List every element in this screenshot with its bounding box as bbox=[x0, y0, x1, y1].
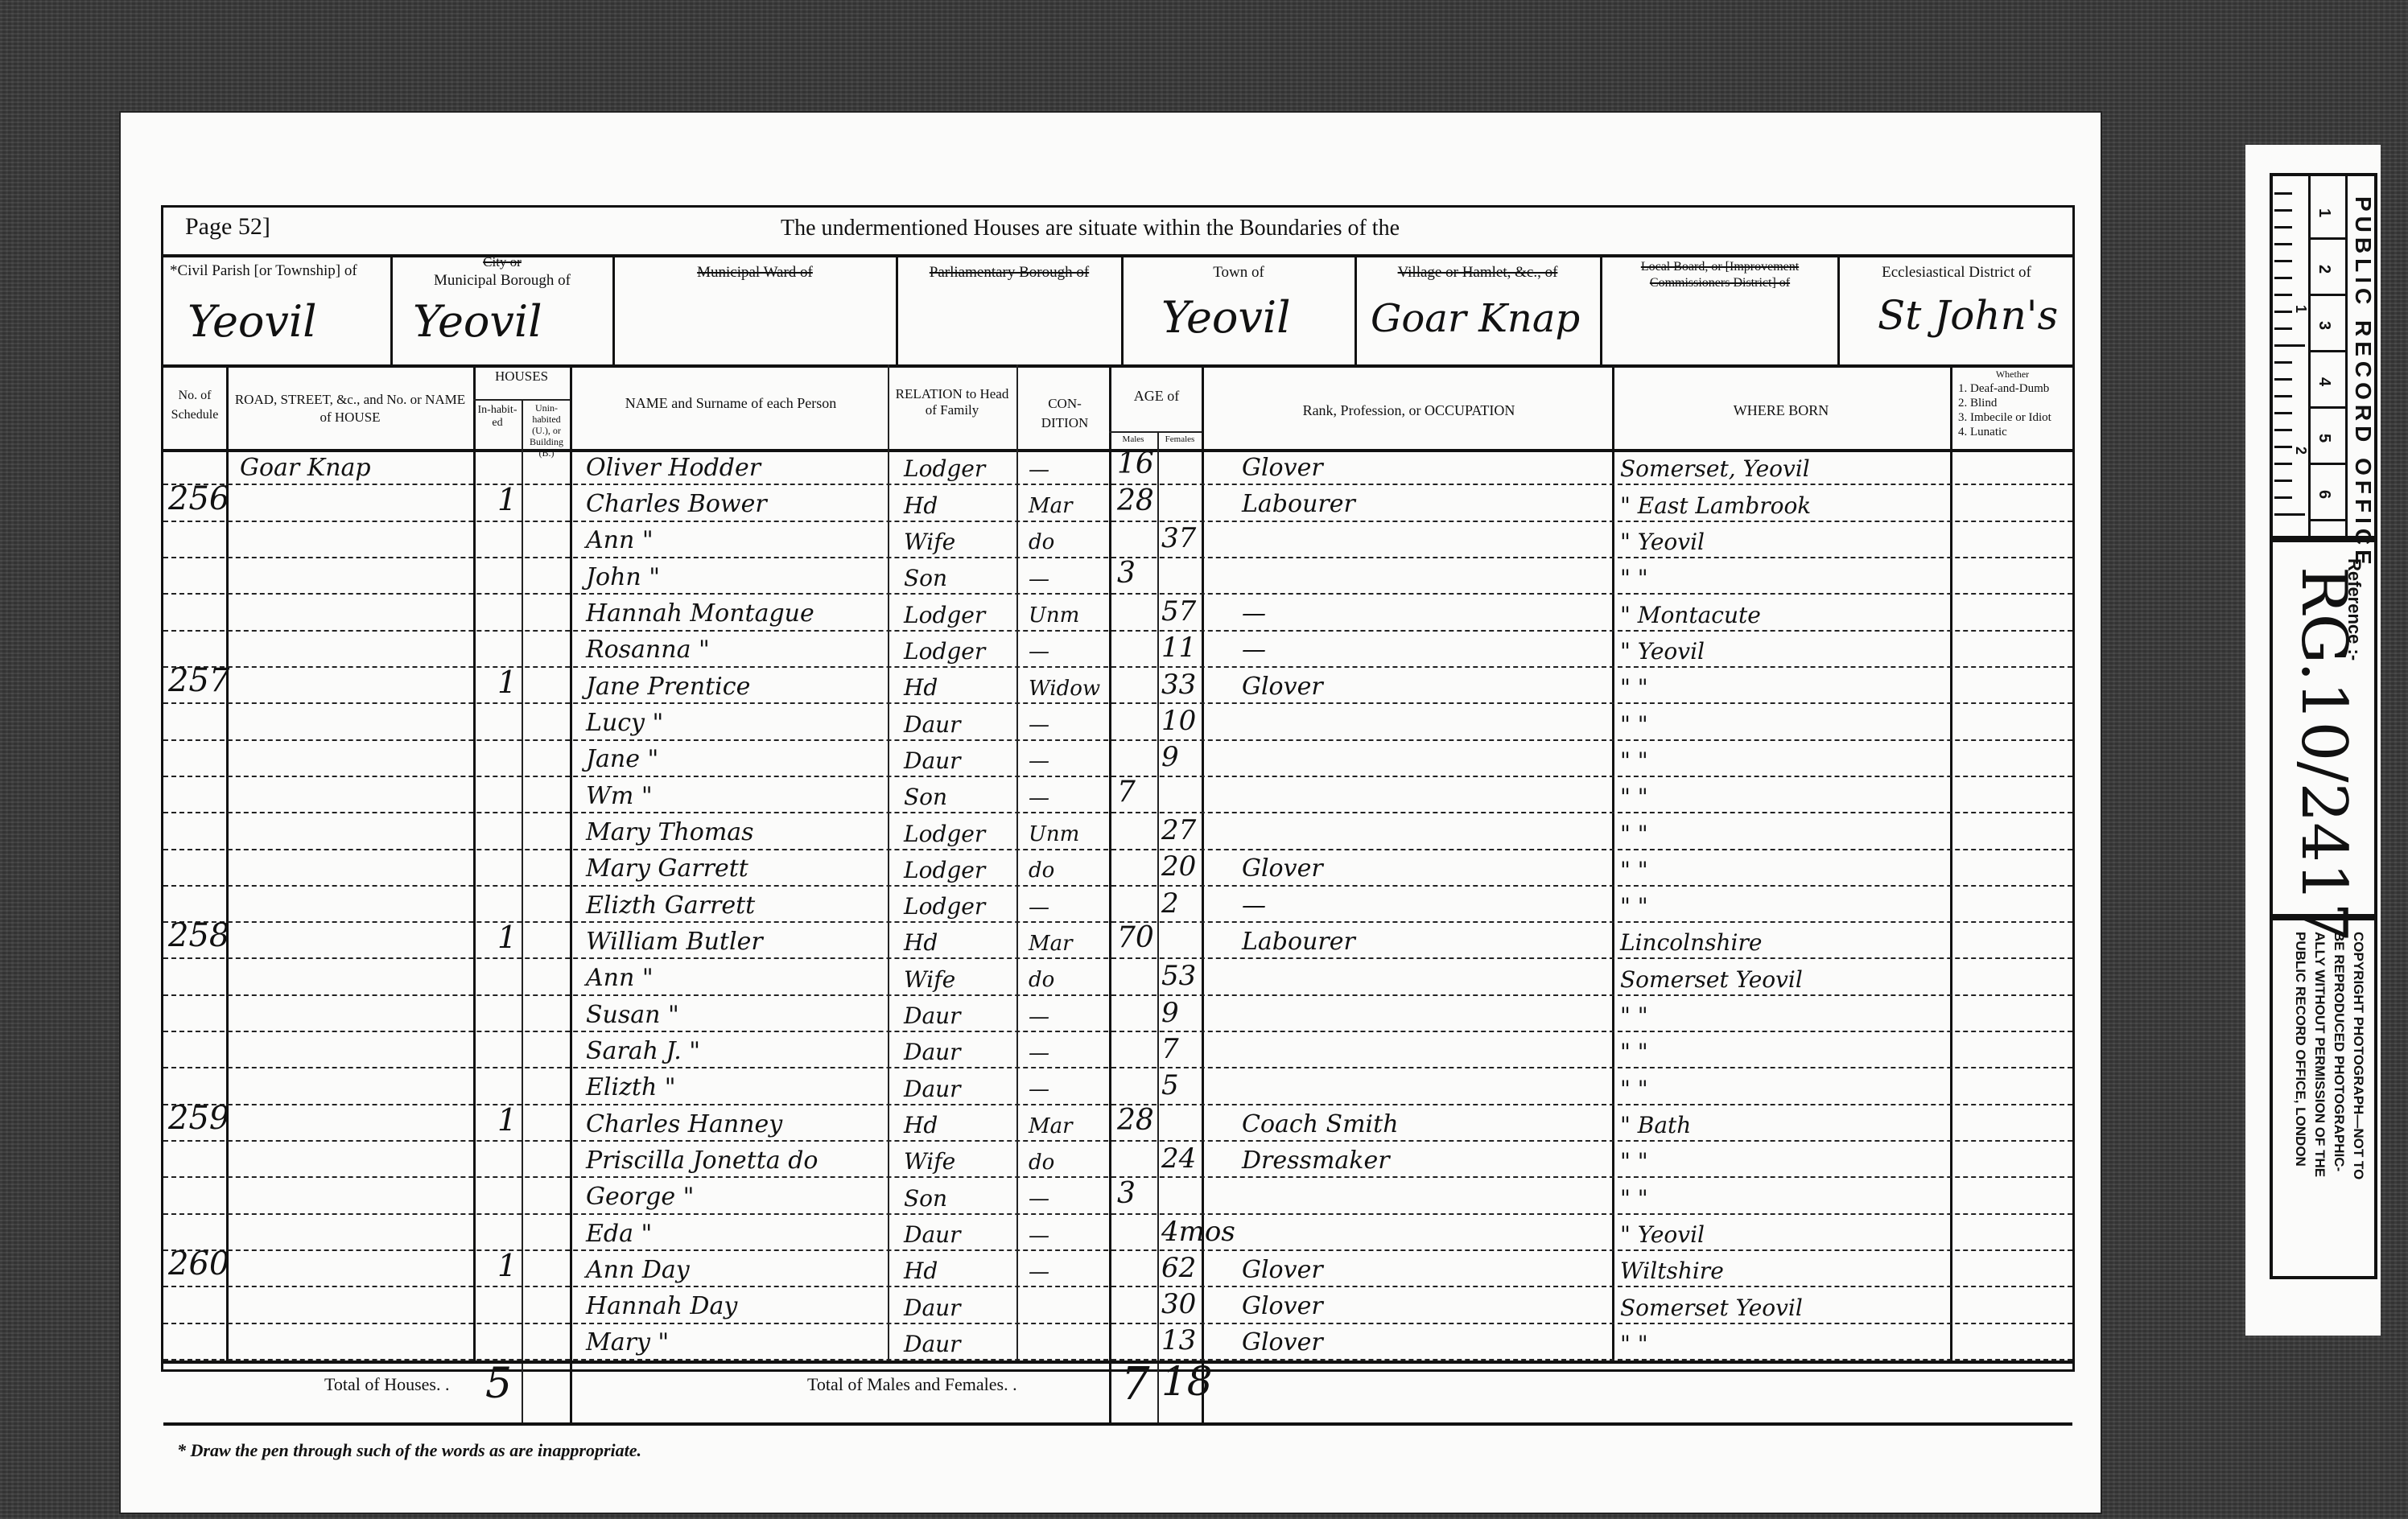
cell-name: Mary Garrett bbox=[586, 854, 748, 883]
ruler-tick bbox=[2274, 429, 2292, 431]
census-form: *Civil Parish [or Township] of Yeovil Ci… bbox=[161, 205, 2075, 1372]
district-value-town: Yeovil bbox=[1161, 292, 1290, 343]
cell-age-female: 37 bbox=[1161, 522, 1196, 554]
option-imbecile: 3. Imbecile or Idiot bbox=[1958, 410, 2051, 425]
cell-relation: Lodger bbox=[904, 893, 985, 920]
cell-name: Charles Bower bbox=[586, 490, 767, 518]
district-label-civil-parish: *Civil Parish [or Township] of bbox=[170, 262, 387, 280]
table-row: Eda "Daur—4mos" Yeovil bbox=[163, 1215, 2072, 1251]
cell-age-female: 2 bbox=[1161, 887, 1179, 920]
cell-where-born: " " bbox=[1620, 711, 1648, 738]
col-header-road: ROAD, STREET, &c., and No. or NAME of HO… bbox=[231, 391, 469, 426]
ruler-tick bbox=[2274, 277, 2292, 279]
cell-name: Charles Hanney bbox=[586, 1110, 782, 1138]
cell-name: Elizth Garrett bbox=[586, 891, 755, 920]
cell-age-female: 9 bbox=[1161, 997, 1179, 1029]
footnote: * Draw the pen through such of the words… bbox=[177, 1440, 641, 1461]
divider bbox=[1109, 431, 1202, 433]
cell-schedule: 257 bbox=[168, 662, 229, 699]
col-header-age: AGE of bbox=[1113, 388, 1200, 404]
cell-inhabited: 1 bbox=[497, 920, 517, 955]
table-row: Ann "Wifedo37" Yeovil bbox=[163, 522, 2072, 558]
table-row: Wm "Son—7" " bbox=[163, 777, 2072, 813]
cell-where-born: " " bbox=[1620, 1331, 1648, 1357]
cell-condition: — bbox=[1029, 1005, 1049, 1029]
ruler-tick bbox=[2274, 513, 2305, 516]
ruler-sep bbox=[2308, 294, 2345, 296]
ruler-inch-label: 2 bbox=[2292, 447, 2309, 455]
cell-condition: — bbox=[1029, 1224, 1049, 1248]
cell-occupation: Glover bbox=[1242, 1328, 1323, 1356]
cell-name: John " bbox=[586, 563, 660, 591]
cell-occupation: Dressmaker bbox=[1242, 1146, 1390, 1175]
divider bbox=[1600, 254, 1602, 364]
cell-name: Hannah Day bbox=[586, 1292, 737, 1320]
district-value-municipal-borough: Yeovil bbox=[413, 296, 542, 347]
cell-condition: do bbox=[1029, 1151, 1054, 1175]
total-females-value: 18 bbox=[1161, 1358, 1213, 1405]
col-header-inhabited: In-habit-ed bbox=[475, 404, 520, 430]
cell-relation: Daur bbox=[904, 1039, 961, 1065]
cell-occupation: Glover bbox=[1242, 1256, 1323, 1284]
cell-name: Ann " bbox=[586, 964, 654, 992]
table-row: Jane "Daur—9" " bbox=[163, 741, 2072, 777]
copyright-line-2: BE REPRODUCED PHOTOGRAPHIC- bbox=[2331, 932, 2347, 1171]
ruler-cm-label: 5 bbox=[2315, 434, 2333, 443]
col-header-females: Females bbox=[1158, 434, 1202, 444]
ruler-line bbox=[2345, 176, 2348, 536]
cell-age-female: 57 bbox=[1161, 595, 1196, 628]
cell-where-born: " " bbox=[1620, 565, 1648, 591]
reference-box: Reference :- RG.10/2417 bbox=[2270, 539, 2377, 917]
cell-name: Sarah J. " bbox=[586, 1037, 700, 1065]
col-header-whether: Whether bbox=[1954, 368, 2071, 381]
cell-where-born: " Yeovil bbox=[1620, 1221, 1705, 1248]
cell-relation: Daur bbox=[904, 1076, 961, 1102]
divider bbox=[896, 254, 898, 364]
district-label-city-struck: City or bbox=[397, 254, 608, 270]
ruler-sep bbox=[2308, 463, 2345, 465]
total-males-value: 7 bbox=[1121, 1358, 1150, 1410]
cell-relation: Lodger bbox=[904, 638, 985, 665]
district-value-civil-parish: Yeovil bbox=[188, 296, 316, 347]
cell-occupation: — bbox=[1242, 599, 1266, 628]
cell-name: Ann " bbox=[586, 526, 654, 554]
table-row: Susan "Daur—9" " bbox=[163, 996, 2072, 1032]
ruler-cm-label: 3 bbox=[2315, 321, 2333, 330]
cell-name: George " bbox=[586, 1183, 694, 1211]
cell-where-born: " Montacute bbox=[1620, 602, 1761, 628]
option-blind: 2. Blind bbox=[1958, 396, 2051, 410]
cell-age-female: 62 bbox=[1161, 1252, 1196, 1284]
cell-age-male: 28 bbox=[1117, 1104, 1154, 1137]
ruler-sep bbox=[2308, 406, 2345, 409]
cell-where-born: " " bbox=[1620, 1002, 1648, 1029]
cell-condition: Mar bbox=[1029, 932, 1073, 956]
census-sheet: Page 52] The undermentioned Houses are s… bbox=[121, 113, 2101, 1513]
ruler-tick bbox=[2274, 412, 2292, 414]
cell-relation: Wife bbox=[904, 529, 955, 555]
cell-condition: do bbox=[1029, 530, 1054, 554]
cell-relation: Hd bbox=[904, 674, 938, 701]
ruler-tick bbox=[2274, 294, 2292, 296]
cell-relation: Son bbox=[904, 784, 947, 810]
copyright-line-3: ALLY WITHOUT PERMISSION OF THE bbox=[2311, 932, 2328, 1177]
cell-age-female: 5 bbox=[1161, 1069, 1179, 1101]
ruler-cm-label: 1 bbox=[2315, 208, 2333, 217]
cell-occupation: Labourer bbox=[1242, 490, 1355, 518]
cell-relation: Hd bbox=[904, 492, 938, 519]
ruler-cm-label: 2 bbox=[2315, 265, 2333, 274]
cell-age-female: 11 bbox=[1161, 632, 1196, 664]
divider bbox=[390, 254, 393, 364]
cell-condition: — bbox=[1029, 567, 1049, 591]
cell-where-born: " Yeovil bbox=[1620, 638, 1705, 665]
ruler-cm-label: 6 bbox=[2315, 490, 2333, 499]
cell-condition: — bbox=[1029, 458, 1049, 482]
district-label-town: Town of bbox=[1128, 264, 1350, 282]
cell-relation: Son bbox=[904, 1185, 947, 1212]
cell-condition: do bbox=[1029, 968, 1054, 992]
ruler-tick bbox=[2274, 311, 2292, 313]
cell-condition: — bbox=[1029, 1187, 1049, 1211]
divider bbox=[1837, 254, 1840, 364]
cell-condition: — bbox=[1029, 1260, 1049, 1284]
ruler-tick bbox=[2274, 260, 2292, 262]
cell-relation: Lodger bbox=[904, 857, 985, 883]
ruler-tick bbox=[2274, 209, 2292, 212]
cell-occupation: — bbox=[1242, 891, 1266, 920]
table-row: Hannah MontagueLodgerUnm57—" Montacute bbox=[163, 595, 2072, 631]
district-label-ecclesiastical: Ecclesiastical District of bbox=[1844, 264, 2069, 282]
table-row: Hannah DayDaur30GloverSomerset Yeovil bbox=[163, 1287, 2072, 1323]
district-label-municipal-borough: Municipal Borough of bbox=[397, 272, 608, 290]
cell-age-female: 4mos bbox=[1161, 1216, 1235, 1248]
total-houses-value: 5 bbox=[485, 1360, 512, 1408]
cell-relation: Daur bbox=[904, 747, 961, 774]
cell-where-born: " " bbox=[1620, 784, 1648, 810]
copyright-line-4: PUBLIC RECORD OFFICE, LONDON bbox=[2292, 932, 2308, 1167]
cell-occupation: Coach Smith bbox=[1242, 1110, 1399, 1138]
ruler-tick bbox=[2274, 192, 2292, 195]
ruler-sep bbox=[2308, 519, 2345, 521]
cell-where-born: Lincolnshire bbox=[1620, 929, 1762, 956]
table-row: Rosanna "Lodger—11—" Yeovil bbox=[163, 632, 2072, 668]
cell-inhabited: 1 bbox=[497, 482, 517, 517]
total-houses-label: Total of Houses. . bbox=[324, 1374, 450, 1395]
ruler-inch-label: 1 bbox=[2292, 305, 2309, 313]
cell-schedule: 260 bbox=[168, 1245, 229, 1282]
ruler-tick bbox=[2274, 496, 2292, 499]
table-row: Mary ThomasLodgerUnm27" " bbox=[163, 813, 2072, 850]
ruler-tick bbox=[2274, 327, 2292, 330]
cell-relation: Lodger bbox=[904, 455, 985, 482]
option-lunatic: 4. Lunatic bbox=[1958, 425, 2051, 439]
cell-age-female: 7 bbox=[1161, 1033, 1179, 1065]
cell-where-born: " Yeovil bbox=[1620, 529, 1705, 555]
cell-where-born: " " bbox=[1620, 747, 1648, 774]
cell-age-female: 27 bbox=[1161, 814, 1196, 846]
col-header-males: Males bbox=[1110, 434, 1157, 444]
col-header-occupation: Rank, Profession, or OCCUPATION bbox=[1210, 402, 1608, 419]
col-header-relation: RELATION to Head of Family bbox=[892, 386, 1012, 418]
cell-name: Lucy " bbox=[586, 709, 663, 737]
cell-age-female: 13 bbox=[1161, 1324, 1196, 1356]
cell-relation: Wife bbox=[904, 1148, 955, 1175]
census-rows: Goar KnapOliver HodderLodger—16GloverSom… bbox=[163, 449, 2072, 1361]
ruler-line bbox=[2308, 176, 2311, 536]
cell-where-born: " " bbox=[1620, 1039, 1648, 1065]
cell-occupation: Labourer bbox=[1242, 928, 1355, 956]
table-row: Mary GarrettLodgerdo20Glover" " bbox=[163, 850, 2072, 887]
cell-name: Rosanna " bbox=[586, 636, 710, 664]
table-row: Priscilla Jonetta doWifedo24Dressmaker" … bbox=[163, 1142, 2072, 1178]
cell-age-female: 9 bbox=[1161, 741, 1179, 773]
cell-name: Susan " bbox=[586, 1001, 679, 1029]
cell-where-born: Wiltshire bbox=[1620, 1258, 1724, 1284]
table-row: Elizth "Daur—5" " bbox=[163, 1068, 2072, 1105]
cell-condition: Mar bbox=[1029, 1114, 1073, 1138]
divider bbox=[612, 254, 615, 364]
cell-inhabited: 1 bbox=[497, 665, 517, 700]
cell-age-male: 3 bbox=[1117, 557, 1136, 590]
cell-name: Oliver Hodder bbox=[586, 454, 761, 482]
cell-age-female: 30 bbox=[1161, 1288, 1196, 1320]
ruler-tick bbox=[2274, 344, 2305, 347]
col-header-whether-options: 1. Deaf-and-Dumb 2. Blind 3. Imbecile or… bbox=[1958, 381, 2051, 439]
table-row: Lucy "Daur—10" " bbox=[163, 704, 2072, 740]
cell-condition: — bbox=[1029, 895, 1049, 920]
district-value-ecclesiastical: St John's bbox=[1878, 292, 2058, 339]
cell-schedule: 258 bbox=[168, 917, 229, 954]
cell-name: Mary " bbox=[586, 1328, 669, 1356]
divider bbox=[473, 399, 570, 401]
cell-relation: Daur bbox=[904, 711, 961, 738]
cell-where-born: Somerset, Yeovil bbox=[1620, 455, 1810, 482]
cell-where-born: " " bbox=[1620, 1148, 1648, 1175]
cell-condition: — bbox=[1029, 749, 1049, 773]
cell-condition: Unm bbox=[1029, 603, 1079, 628]
table-row: Goar KnapOliver HodderLodger—16GloverSom… bbox=[163, 449, 2072, 485]
ruler-tick bbox=[2274, 446, 2292, 448]
cell-condition: Widow bbox=[1029, 677, 1100, 701]
cell-relation: Hd bbox=[904, 929, 938, 956]
cell-age-female: 10 bbox=[1161, 705, 1196, 737]
cell-inhabited: 1 bbox=[497, 1102, 517, 1138]
col-header-name: NAME and Surname of each Person bbox=[578, 394, 884, 412]
cell-age-male: 28 bbox=[1117, 484, 1154, 517]
table-row: Elizth GarrettLodger—2—" " bbox=[163, 887, 2072, 923]
district-value-village: Goar Knap bbox=[1371, 296, 1580, 341]
cell-name: Eda " bbox=[586, 1220, 652, 1248]
cell-occupation: Glover bbox=[1242, 454, 1323, 482]
district-label-parliamentary-borough: Parliamentary Borough of bbox=[902, 264, 1116, 282]
table-row: Ann "Wifedo53Somerset Yeovil bbox=[163, 959, 2072, 995]
cell-where-born: " " bbox=[1620, 893, 1648, 920]
cell-where-born: Somerset Yeovil bbox=[1620, 966, 1803, 993]
ruler-tick bbox=[2274, 361, 2292, 364]
divider bbox=[163, 1422, 2072, 1426]
cell-condition: do bbox=[1029, 858, 1054, 883]
col-header-condition: CON-DITION bbox=[1025, 394, 1105, 433]
table-row: 2561Charles BowerHdMar28Labourer" East L… bbox=[163, 485, 2072, 521]
cell-name: Ann Day bbox=[586, 1256, 690, 1284]
cell-where-born: " " bbox=[1620, 821, 1648, 847]
cell-condition: — bbox=[1029, 713, 1049, 737]
cell-name: Jane Prentice bbox=[586, 673, 750, 701]
divider bbox=[1354, 254, 1357, 364]
cell-condition: Mar bbox=[1029, 494, 1073, 518]
cell-name: Mary Thomas bbox=[586, 818, 754, 846]
cell-where-born: " Bath bbox=[1620, 1112, 1691, 1138]
cell-occupation: — bbox=[1242, 636, 1266, 664]
district-label-local-board: Local Board, or [Improvement Commissione… bbox=[1606, 259, 1833, 291]
cell-age-male: 16 bbox=[1117, 447, 1154, 480]
ruler-cm-label: 4 bbox=[2315, 377, 2333, 386]
cell-where-born: " " bbox=[1620, 1185, 1648, 1212]
copyright-box: COPYRIGHT PHOTOGRAPH—NOT TO BE REPRODUCE… bbox=[2270, 917, 2377, 1279]
copyright-line-1: COPYRIGHT PHOTOGRAPH—NOT TO bbox=[2350, 932, 2366, 1179]
cell-age-female: 20 bbox=[1161, 850, 1196, 883]
cell-where-born: Somerset Yeovil bbox=[1620, 1295, 1803, 1321]
cell-relation: Wife bbox=[904, 966, 955, 993]
cell-relation: Son bbox=[904, 565, 947, 591]
reference-value: RG.10/2417 bbox=[2287, 566, 2360, 942]
col-header-schedule: No. of Schedule bbox=[165, 386, 225, 425]
cell-inhabited: 1 bbox=[497, 1248, 517, 1283]
cell-condition: — bbox=[1029, 1077, 1049, 1101]
ruler-tick bbox=[2274, 243, 2292, 245]
table-row: 2571Jane PrenticeHdWidow33Glover" " bbox=[163, 668, 2072, 704]
ruler-sep bbox=[2308, 350, 2345, 352]
table-row: Mary "Daur13Glover" " bbox=[163, 1324, 2072, 1361]
cell-condition: Unm bbox=[1029, 822, 1079, 846]
cell-occupation: Glover bbox=[1242, 854, 1323, 883]
ruler-tick bbox=[2274, 378, 2292, 381]
cell-schedule: 256 bbox=[168, 480, 229, 517]
cell-relation: Hd bbox=[904, 1258, 938, 1284]
reference-strip: PUBLIC RECORD OFFICE 12345612 Reference … bbox=[2245, 145, 2381, 1336]
table-row: John "Son—3" " bbox=[163, 558, 2072, 595]
cell-where-born: " " bbox=[1620, 1076, 1648, 1102]
table-row: 2581William ButlerHdMar70LabourerLincoln… bbox=[163, 923, 2072, 959]
cell-name: Elizth " bbox=[586, 1073, 676, 1101]
cell-name: Wm " bbox=[586, 782, 653, 810]
cell-occupation: Glover bbox=[1242, 673, 1323, 701]
district-label-village: Village or Hamlet, &c., of bbox=[1361, 264, 1594, 282]
cell-age-male: 3 bbox=[1117, 1177, 1136, 1210]
cell-age-male: 7 bbox=[1117, 776, 1136, 809]
cell-relation: Daur bbox=[904, 1331, 961, 1357]
cell-name: William Butler bbox=[586, 928, 763, 956]
ruler-sep bbox=[2308, 237, 2345, 240]
cell-condition: — bbox=[1029, 1041, 1049, 1065]
cell-where-born: " East Lambrook bbox=[1620, 492, 1811, 519]
ruler-tick bbox=[2274, 480, 2292, 482]
cell-age-female: 33 bbox=[1161, 669, 1196, 701]
table-row: Sarah J. "Daur—7" " bbox=[163, 1032, 2072, 1068]
office-name: PUBLIC RECORD OFFICE bbox=[2350, 196, 2376, 570]
cell-name: Hannah Montague bbox=[586, 599, 814, 628]
cell-age-male: 70 bbox=[1117, 921, 1154, 954]
ruler-tick bbox=[2274, 395, 2292, 397]
cell-condition: — bbox=[1029, 786, 1049, 810]
cell-schedule: 259 bbox=[168, 1100, 229, 1137]
col-header-houses: HOUSES bbox=[473, 368, 570, 385]
col-header-where-born: WHERE BORN bbox=[1616, 402, 1946, 419]
divider bbox=[163, 364, 2072, 368]
cell-relation: Daur bbox=[904, 1295, 961, 1321]
divider bbox=[1121, 254, 1124, 364]
ruler-tick bbox=[2274, 226, 2292, 228]
cell-road: Goar Knap bbox=[240, 454, 371, 482]
total-persons-label: Total of Males and Females. . bbox=[807, 1374, 1017, 1395]
cell-relation: Hd bbox=[904, 1112, 938, 1138]
table-row: 2601Ann DayHd—62GloverWiltshire bbox=[163, 1251, 2072, 1287]
cell-relation: Daur bbox=[904, 1002, 961, 1029]
cell-relation: Daur bbox=[904, 1221, 961, 1248]
cell-relation: Lodger bbox=[904, 821, 985, 847]
cell-age-female: 24 bbox=[1161, 1142, 1196, 1175]
ruler: PUBLIC RECORD OFFICE 12345612 bbox=[2270, 173, 2377, 539]
table-row: George "Son—3" " bbox=[163, 1178, 2072, 1214]
ruler-tick bbox=[2274, 463, 2292, 465]
cell-where-born: " " bbox=[1620, 857, 1648, 883]
cell-name: Priscilla Jonetta do bbox=[586, 1146, 818, 1175]
cell-relation: Lodger bbox=[904, 602, 985, 628]
cell-where-born: " " bbox=[1620, 674, 1648, 701]
district-label-municipal-ward: Municipal Ward of bbox=[619, 264, 891, 282]
cell-occupation: Glover bbox=[1242, 1292, 1323, 1320]
table-row: 2591Charles HanneyHdMar28Coach Smith" Ba… bbox=[163, 1105, 2072, 1142]
cell-condition: — bbox=[1029, 640, 1049, 664]
divider bbox=[163, 1361, 2072, 1364]
cell-name: Jane " bbox=[586, 745, 658, 773]
option-deaf-dumb: 1. Deaf-and-Dumb bbox=[1958, 381, 2051, 396]
cell-age-female: 53 bbox=[1161, 960, 1196, 992]
